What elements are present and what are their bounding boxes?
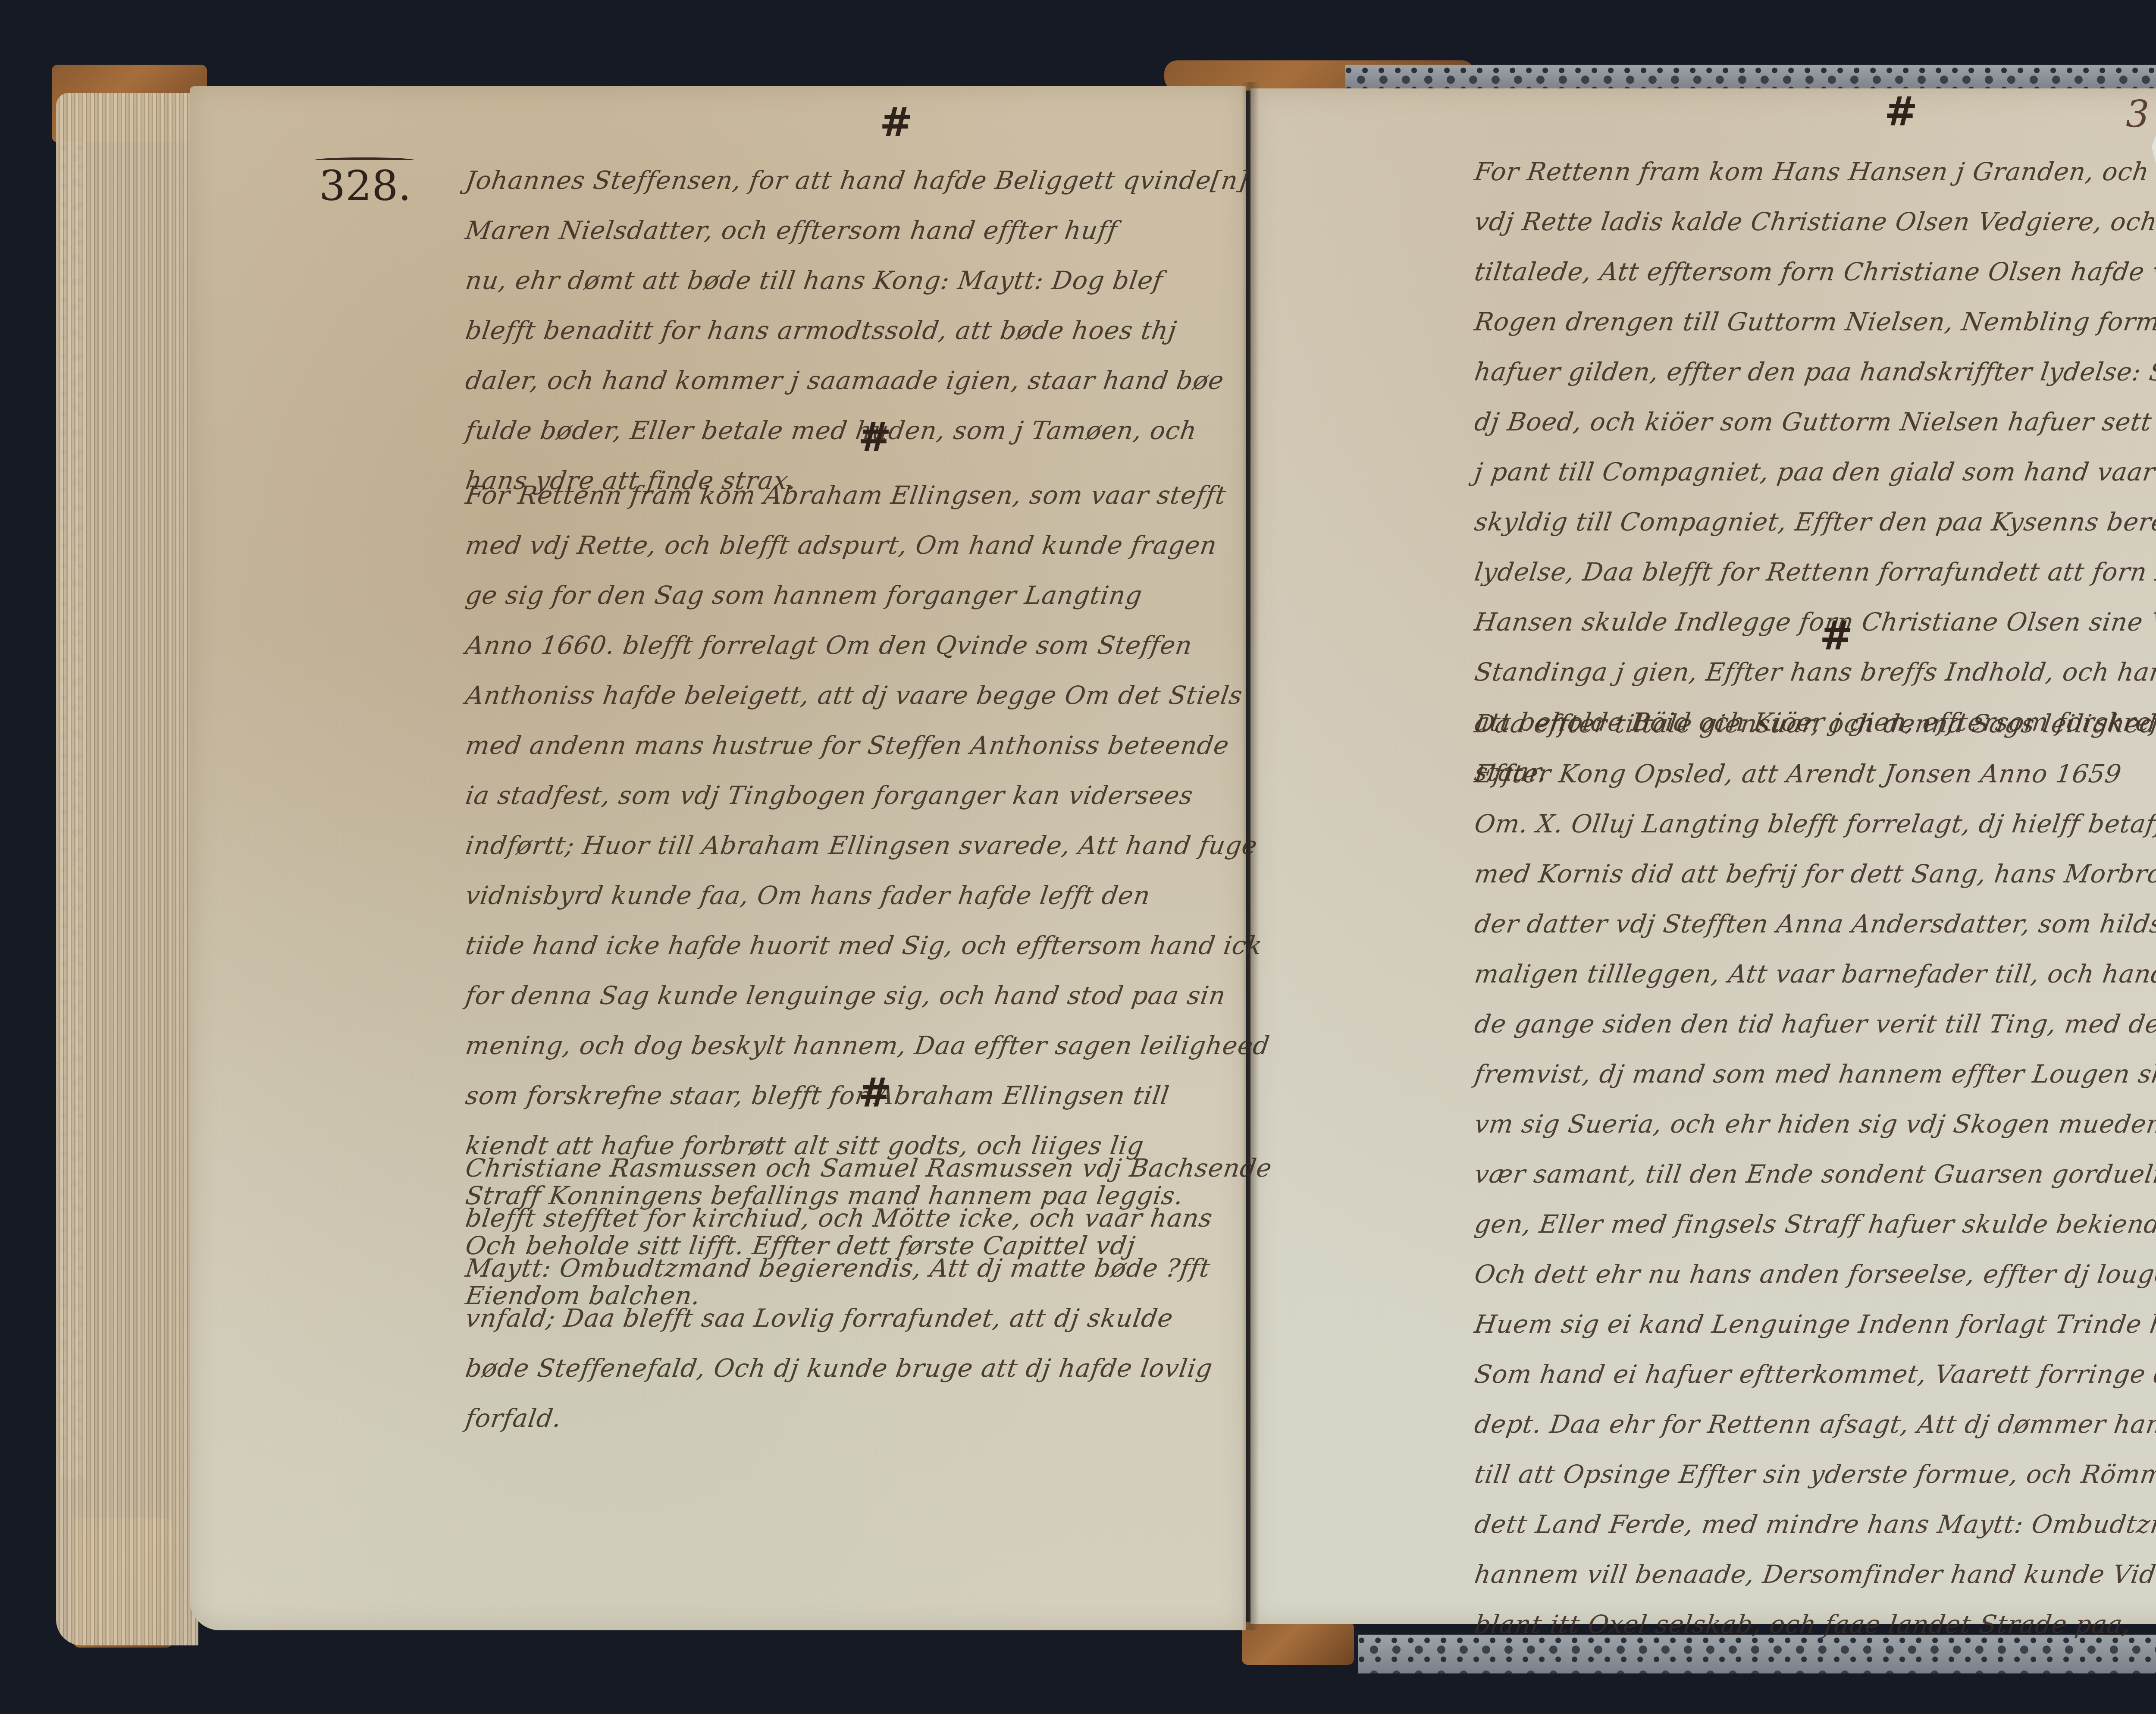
ms-line: Anthoniss hafde beleigett, att dj vaare …	[462, 670, 1273, 720]
ms-line: fremvist, dj mand som med hannem effter …	[1471, 1049, 2156, 1099]
section-mark: #	[858, 1070, 891, 1116]
ms-line: hannem vill benaade, Dersomfinder hand k…	[1471, 1549, 2156, 1599]
ms-line: skyldig till Compagniet, Effter den paa …	[1471, 497, 2156, 547]
ms-line: Johannes Steffensen, for att hand hafde …	[462, 155, 1252, 205]
ms-line: med andenn mans hustrue for Steffen Anth…	[462, 720, 1273, 770]
ms-line: mening, och dog beskylt hannem, Daa efft…	[462, 1020, 1273, 1070]
ms-line: der datter vdj Stefften Anna Andersdatte…	[1471, 899, 2156, 949]
marbled-edge-top-right	[1345, 65, 2156, 91]
ms-line: med vdj Rette, och blefft adspurt, Om ha…	[462, 520, 1273, 570]
ms-line: Christiane Rasmussen och Samuel Rasmusse…	[462, 1143, 1275, 1193]
ms-line: indførtt; Huor till Abraham Ellingsen sv…	[462, 820, 1273, 870]
ms-line: vm sig Sueria, och ehr hiden sig vdj Sko…	[1471, 1099, 2156, 1149]
section-mark-top-left: #	[880, 99, 913, 145]
ms-line: vnfald; Daa blefft saa Lovlig forrafunde…	[462, 1293, 1275, 1343]
section-mark: #	[858, 414, 891, 460]
ms-line: tiltalede, Att efftersom forn Christiane…	[1471, 247, 2156, 297]
margin-page-number: 328.	[319, 162, 411, 210]
ms-line: Standinga j gien, Effter hans breffs Ind…	[1471, 647, 2156, 697]
ms-line: ge sig for den Sag som hannem forganger …	[462, 570, 1273, 620]
left-entry-1: Johannes Steffensen, for att hand hafde …	[466, 155, 1248, 505]
ms-line: Maytt: Ombudtzmand begierendis, Att dj m…	[462, 1243, 1275, 1293]
ms-line: For Rettenn fram kom Abraham Ellingsen, …	[462, 470, 1273, 520]
ms-line: de gange siden den tid hafuer verit till…	[1471, 999, 2156, 1049]
section-mark-top-right: #	[1884, 88, 1918, 135]
folio-number: 3	[2126, 93, 2150, 136]
ms-line: nu, ehr dømt att bøde till hans Kong: Ma…	[462, 255, 1252, 305]
ms-line: Effter Kong Opsled, att Arendt Jonsen An…	[1471, 749, 2156, 799]
ms-line: vidnisbyrd kunde faa, Om hans fader hafd…	[462, 870, 1273, 920]
ms-line: forfald.	[462, 1393, 1275, 1443]
ms-line: dj Boed, och kiöer som Guttorm Nielsen h…	[1471, 397, 2156, 447]
left-entry-3: Christiane Rasmussen och Samuel Rasmusse…	[466, 1143, 1272, 1443]
ms-line: till att Opsinge Effter sin yderste form…	[1471, 1449, 2156, 1499]
ms-line: blefft stefftet for kirchiud, och Mötte …	[462, 1193, 1275, 1243]
ms-line: Maren Nielsdatter, och efftersom hand ef…	[462, 205, 1252, 255]
ms-line: gen, Eller med fingsels Straff hafuer sk…	[1471, 1199, 2156, 1249]
ms-line: Daa effter tiltale giensuar, och denna S…	[1471, 699, 2156, 749]
ms-line: fulde bøder, Eller betale med huden, som…	[462, 405, 1252, 455]
open-manuscript-book: 328. # Johannes Steffensen, for att hand…	[0, 0, 2156, 1714]
ms-line: lydelse, Daa blefft for Rettenn forrafun…	[1471, 547, 2156, 597]
ms-line: Rogen drengen till Guttorm Nielsen, Nemb…	[1471, 297, 2156, 347]
ms-line: vær samant, till den Ende sondent Guarse…	[1471, 1149, 2156, 1199]
ms-line: dett Land Ferde, med mindre hans Maytt: …	[1471, 1499, 2156, 1549]
ms-line: hafuer gilden, effter den paa handskriff…	[1471, 347, 2156, 397]
ms-line: blant itt Oxel selskab, och faae landet …	[1471, 1599, 2156, 1649]
ms-line: Anno 1660. blefft forrelagt Om den Qvind…	[462, 620, 1273, 670]
ms-line: dept. Daa ehr for Rettenn afsagt, Att dj…	[1471, 1399, 2156, 1449]
section-mark: #	[1820, 612, 1853, 659]
ms-line: vdj Rette ladis kalde Christiane Olsen V…	[1471, 197, 2156, 247]
ms-line: ia stadfest, som vdj Tingbogen forganger…	[462, 770, 1273, 820]
book-fore-edge	[56, 93, 198, 1645]
right-entry-2: Daa effter tiltale giensuar, och denna S…	[1475, 699, 2156, 1649]
ms-line: Som hand ei hafuer eftterkommet, Vaarett…	[1471, 1349, 2156, 1399]
ms-line: For Rettenn fram kom Hans Hansen j Grand…	[1471, 147, 2156, 197]
ms-line: blefft benaditt for hans armodtssold, at…	[462, 305, 1252, 355]
ms-line: med Kornis did att befrij for dett Sang,…	[1471, 849, 2156, 899]
ms-line: maligen tillleggen, Att vaar barnefader …	[1471, 949, 2156, 999]
ms-line: bøde Steffenefald, Och dj kunde bruge at…	[462, 1343, 1275, 1393]
ms-line: j pant till Compagniet, paa den giald so…	[1471, 447, 2156, 497]
ms-line: Hansen skulde Indlegge forn Christiane O…	[1471, 597, 2156, 647]
ms-line: tiide hand icke hafde huorit med Sig, oc…	[462, 920, 1273, 970]
ms-line: Huem sig ei kand Lenguinge Indenn forlag…	[1471, 1299, 2156, 1349]
ms-line: Om. X. Olluj Langting blefft forrelagt, …	[1471, 799, 2156, 849]
ms-line: Och dett ehr nu hans anden forseelse, ef…	[1471, 1249, 2156, 1299]
ms-line: daler, och hand kommer j saamaade igien,…	[462, 355, 1252, 405]
ms-line: for denna Sag kunde lenguinge sig, och h…	[462, 970, 1273, 1020]
